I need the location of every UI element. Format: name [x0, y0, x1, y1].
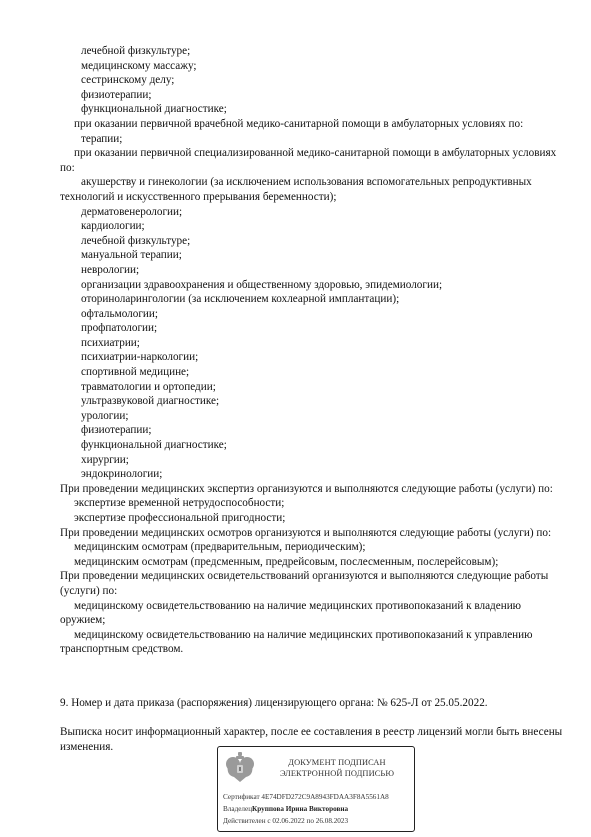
valid-to-label: по	[306, 817, 313, 825]
valid-from: 02.06.2022	[272, 817, 304, 825]
document-line: эндокринологии;	[60, 467, 565, 482]
document-line: терапии;	[60, 132, 565, 147]
document-line: лечебной физкультуре;	[60, 234, 565, 249]
coat-of-arms-icon	[224, 751, 256, 785]
document-line: офтальмологии;	[60, 307, 565, 322]
stamp-title: ДОКУМЕНТ ПОДПИСАН ЭЛЕКТРОННОЙ ПОДПИСЬЮ	[262, 757, 412, 779]
owner-label: Владелец	[223, 805, 252, 813]
document-line: физиотерапии;	[60, 88, 565, 103]
document-line: психиатрии-наркологии;	[60, 350, 565, 365]
document-line: урологии;	[60, 409, 565, 424]
license-activities-list: лечебной физкультуре;медицинскому массаж…	[60, 44, 565, 657]
certificate-label: Сертификат	[223, 793, 260, 801]
document-line: медицинскому массажу;	[60, 59, 565, 74]
document-line: лечебной физкультуре;	[60, 44, 565, 59]
document-line: психиатрии;	[60, 336, 565, 351]
document-line: медицинскому освидетельствованию на нали…	[60, 599, 565, 628]
document-line: ультразвуковой диагностике;	[60, 394, 565, 409]
document-line: организации здравоохранения и общественн…	[60, 278, 565, 293]
document-line: При проведении медицинских освидетельств…	[60, 569, 565, 598]
owner-row: ВладелецКруппова Ирина Викторовна	[223, 803, 413, 815]
document-line: физиотерапии;	[60, 423, 565, 438]
document-line: кардиологии;	[60, 219, 565, 234]
valid-label: Действителен с	[223, 817, 271, 825]
document-line: оториноларингологии (за исключением кохл…	[60, 292, 565, 307]
certificate-row: Сертификат 4E74DFD272C9A8943FDAA3F8A5561…	[223, 791, 413, 803]
document-line: сестринскому делу;	[60, 73, 565, 88]
document-line: При проведении медицинских экспертиз орг…	[60, 482, 565, 497]
electronic-signature-stamp: ДОКУМЕНТ ПОДПИСАН ЭЛЕКТРОННОЙ ПОДПИСЬЮ С…	[217, 746, 415, 832]
document-line: при оказании первичной специализированно…	[60, 146, 565, 175]
document-page: лечебной физкультуре;медицинскому массаж…	[0, 0, 591, 837]
document-line: профпатологии;	[60, 321, 565, 336]
document-line: дерматовенерологии;	[60, 205, 565, 220]
document-line: При проведении медицинских осмотров орга…	[60, 526, 565, 541]
document-line: спортивной медицине;	[60, 365, 565, 380]
valid-to: 26.08.2023	[316, 817, 348, 825]
document-line: медицинскому освидетельствованию на нали…	[60, 628, 565, 657]
stamp-title-line1: ДОКУМЕНТ ПОДПИСАН	[262, 757, 412, 768]
document-line: функциональной диагностике;	[60, 438, 565, 453]
document-line: медицинским осмотрам (предсменным, предр…	[60, 555, 565, 570]
document-line: функциональной диагностике;	[60, 102, 565, 117]
stamp-details: Сертификат 4E74DFD272C9A8943FDAA3F8A5561…	[223, 791, 413, 828]
document-line: травматологии и ортопедии;	[60, 380, 565, 395]
document-line: акушерству и гинекологии (за исключением…	[60, 175, 565, 204]
validity-row: Действителен с 02.06.2022 по 26.08.2023	[223, 815, 413, 827]
document-line: экспертизе временной нетрудоспособности;	[60, 496, 565, 511]
document-line: мануальной терапии;	[60, 248, 565, 263]
document-line: неврологии;	[60, 263, 565, 278]
document-line: при оказании первичной врачебной медико-…	[60, 117, 565, 132]
stamp-title-line2: ЭЛЕКТРОННОЙ ПОДПИСЬЮ	[262, 768, 412, 779]
order-number-line: 9. Номер и дата приказа (распоряжения) л…	[60, 697, 488, 709]
document-line: медицинским осмотрам (предварительным, п…	[60, 540, 565, 555]
document-line: экспертизе профессиональной пригодности;	[60, 511, 565, 526]
certificate-value: 4E74DFD272C9A8943FDAA3F8A5561A8	[261, 793, 388, 801]
owner-value: Круппова Ирина Викторовна	[252, 805, 348, 813]
document-line: хирургии;	[60, 453, 565, 468]
